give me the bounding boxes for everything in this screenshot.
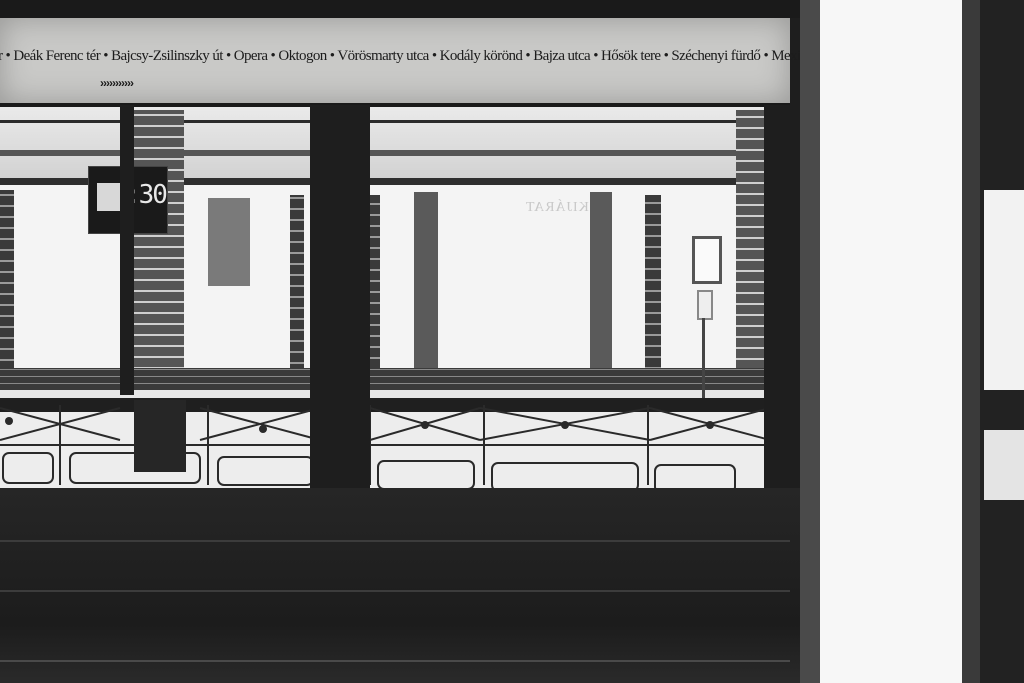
rail — [0, 660, 790, 662]
route-sign: r • Deák Ferenc tér • Bajcsy-Zsilinszky … — [0, 18, 790, 107]
emergency-phone — [697, 290, 713, 320]
track-line — [0, 590, 790, 592]
route-stations-text: r • Deák Ferenc tér • Bajcsy-Zsilinszky … — [0, 48, 832, 65]
adjacent-railing — [984, 430, 1024, 500]
brick-edge — [0, 190, 14, 370]
railing-fence — [0, 405, 770, 495]
poster-frame — [692, 236, 722, 284]
track-line — [0, 540, 790, 542]
ceiling-band — [0, 0, 800, 18]
window-shadow — [208, 198, 250, 286]
frame-edge — [962, 0, 980, 683]
column-base — [134, 400, 186, 472]
wall-base-bricks — [0, 368, 790, 390]
station-photo: r • Deák Ferenc tér • Bajcsy-Zsilinszky … — [0, 0, 1024, 683]
direction-arrows: ››››››››››› — [100, 76, 133, 90]
frame-edge — [800, 0, 820, 683]
beam — [0, 150, 790, 156]
track-wall — [0, 488, 800, 683]
reflected-text: KIJÁRAT — [525, 200, 589, 216]
brick-edge — [290, 195, 304, 395]
pillar-thin — [120, 105, 134, 395]
phone-pole — [702, 318, 705, 398]
adjacent-wall — [984, 190, 1024, 390]
white-pillar — [820, 0, 962, 683]
brick-column — [134, 110, 184, 400]
cable-line — [0, 120, 790, 123]
